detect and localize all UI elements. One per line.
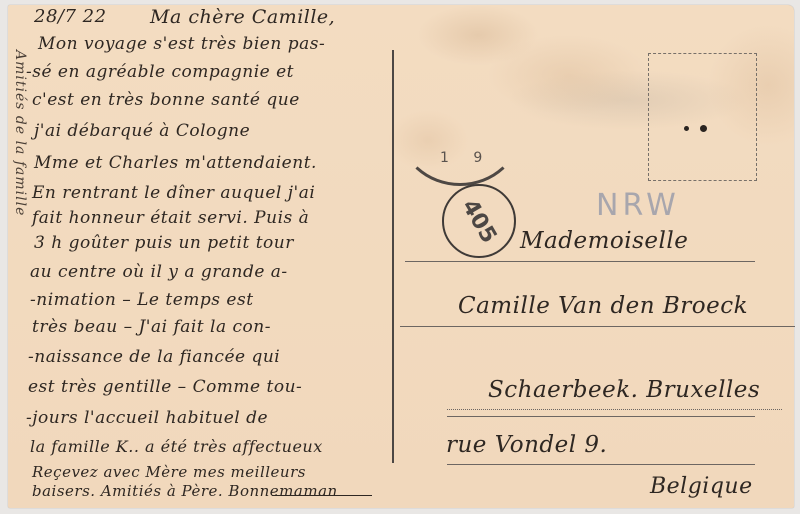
address-rule (405, 261, 755, 262)
ink-dot (684, 126, 689, 131)
message-line: est très gentille – Comme tou- (28, 377, 302, 397)
message-line: au centre où il y a grande a- (30, 262, 288, 282)
censor-stamp-icon: 405 (442, 184, 516, 258)
address-rule (447, 416, 755, 417)
message-date: 28/7 22 (34, 6, 107, 27)
pencil-annotation: NRW (596, 188, 680, 223)
postmark-icon (398, 72, 522, 186)
address-line-3: Schaerbeek. Bruxelles (488, 377, 760, 403)
message-line: Mme et Charles m'attendaient. (34, 153, 317, 173)
ink-dot (700, 125, 707, 132)
message-salutation: Ma chère Camille, (150, 6, 335, 28)
message-line: la famille K.. a été très affectueux (30, 437, 323, 456)
message-line: -jours l'accueil habituel de (26, 408, 268, 428)
message-line: Reçevez avec Mère mes meilleurs (32, 463, 306, 481)
address-rule (447, 464, 755, 465)
signature-underline (272, 495, 372, 496)
address-country: Belgique (650, 474, 753, 499)
address-line-1: Mademoiselle (520, 228, 688, 254)
address-line-2: Camille Van den Broeck (458, 293, 748, 319)
message-line: Mon voyage s'est très bien pas- (38, 34, 325, 54)
divider-line (392, 50, 394, 463)
message-line: -naissance de la fiancée qui (28, 347, 280, 367)
address-line-4: rue Vondel 9. (446, 432, 607, 458)
censor-stamp-number: 405 (457, 195, 502, 247)
stamp-box (648, 53, 757, 181)
message-line: -sé en agréable compagnie et (26, 62, 294, 82)
message-signoff: baisers. Amitiés à Père. Bonnemaman (32, 482, 338, 500)
margin-note: Amitiés de la famille (12, 50, 28, 216)
address-rule (400, 326, 795, 327)
address-rule-dotted (447, 409, 782, 410)
message-line: fait honneur était servi. Puis à (32, 208, 309, 228)
message-line: très beau – J'ai fait la con- (32, 317, 271, 337)
message-line: c'est en très bonne santé que (32, 90, 300, 110)
postmark-date: 1 9 (440, 150, 492, 166)
message-line: En rentrant le dîner auquel j'ai (32, 183, 315, 203)
message-line: 3 h goûter puis un petit tour (34, 233, 294, 253)
message-line: j'ai débarqué à Cologne (34, 121, 250, 141)
message-line: -nimation – Le temps est (30, 290, 254, 310)
